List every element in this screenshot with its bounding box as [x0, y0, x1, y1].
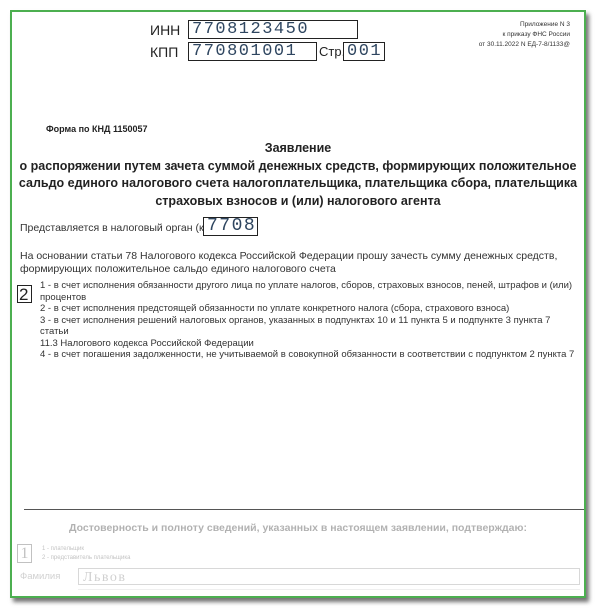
- page-label: Стр.: [319, 44, 345, 59]
- section-divider: [24, 509, 584, 510]
- next-field-line: [78, 589, 580, 590]
- tax-authority-label: Представляется в налоговый орган (код): [20, 222, 219, 235]
- surname-label: Фамилия: [20, 571, 60, 582]
- title-line: сальдо единого налогового счета налогопл…: [12, 175, 584, 193]
- basis-text: На основании статьи 78 Налогового кодекс…: [20, 250, 580, 275]
- option-item: 4 - в счет погашения задолженности, не у…: [40, 349, 580, 361]
- inn-label: ИНН: [150, 22, 180, 38]
- option-code-field[interactable]: 2: [17, 285, 32, 303]
- title-line: о распоряжении путем зачета суммой денеж…: [12, 158, 584, 176]
- option-item: 1 - в счет исполнения обязанности другог…: [40, 280, 580, 292]
- appendix-line: от 30.11.2022 N ЕД-7-8/1133@: [479, 40, 570, 50]
- signer-option: 2 - представитель плательщика: [42, 554, 130, 563]
- form-knd: Форма по КНД 1150057: [46, 124, 147, 134]
- inn-field[interactable]: 7708123450: [188, 20, 358, 39]
- title-line: страховых взносов и (или) налогового аге…: [12, 193, 584, 211]
- option-item: 11.3 Налогового кодекса Российской Федер…: [40, 338, 580, 350]
- option-list: 1 - в счет исполнения обязанности другог…: [40, 280, 580, 361]
- appendix-note: Приложение N 3 к приказу ФНС России от 3…: [479, 20, 570, 50]
- appendix-line: Приложение N 3: [479, 20, 570, 30]
- option-item: 2 - в счет исполнения предстоящей обязан…: [40, 303, 580, 315]
- page-number-field[interactable]: 001: [343, 42, 385, 61]
- basis-line: формирующих положительное сальдо единого…: [20, 263, 580, 276]
- signer-type-field[interactable]: 1: [17, 544, 32, 563]
- option-item: 3 - в счет исполнения решений налоговых …: [40, 315, 580, 338]
- signer-options: 1 - плательщик 2 - представитель платель…: [42, 545, 130, 563]
- form-page: ИНН 7708123450 КПП 770801001 Стр. 001 Пр…: [10, 10, 586, 598]
- form-title: Заявление о распоряжении путем зачета су…: [12, 140, 584, 210]
- appendix-line: к приказу ФНС России: [479, 30, 570, 40]
- kpp-field[interactable]: 770801001: [188, 42, 317, 61]
- kpp-label: КПП: [150, 44, 178, 60]
- option-item: процентов: [40, 292, 580, 304]
- basis-line: На основании статьи 78 Налогового кодекс…: [20, 250, 580, 263]
- confirmation-heading: Достоверность и полноту сведений, указан…: [12, 522, 584, 534]
- signer-option: 1 - плательщик: [42, 545, 130, 554]
- title-line: Заявление: [12, 140, 584, 158]
- tax-authority-field[interactable]: 7708: [203, 217, 258, 236]
- surname-field[interactable]: Львов: [78, 568, 580, 585]
